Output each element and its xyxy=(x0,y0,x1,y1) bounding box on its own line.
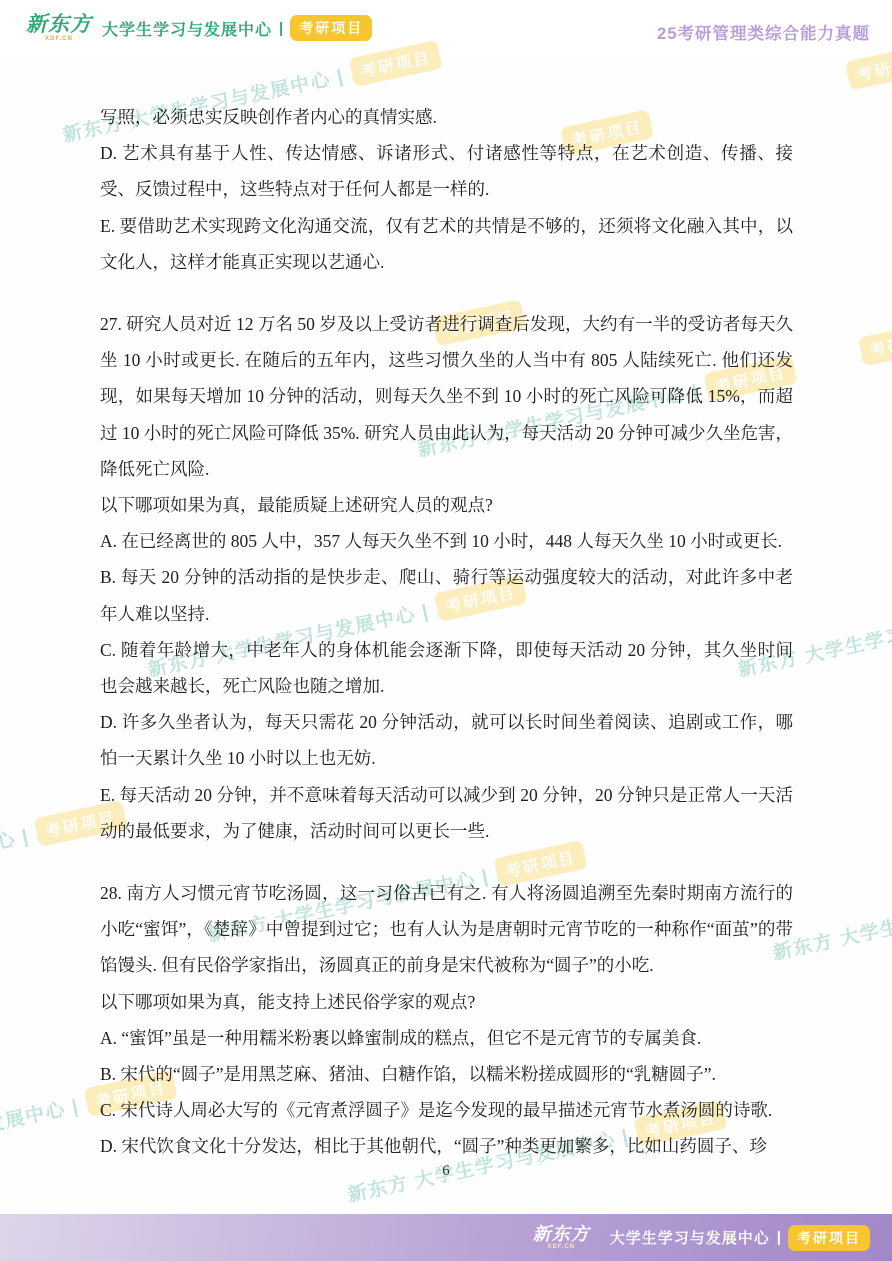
paragraph: A. 在已经离世的 805 人中，357 人每天久坐不到 10 小时，448 人… xyxy=(100,523,793,559)
brand-lockup: 新东方 XDF.CN 大学生学习与发展中心 | 考研项目 xyxy=(26,14,372,42)
paragraph: C. 宋代诗人周必大写的《元宵煮浮圆子》是迄今发现的最早描述元宵节水煮汤圆的诗歌… xyxy=(100,1092,793,1128)
question-block: 27. 研究人员对近 12 万名 50 岁及以上受访者进行调查后发现，大约有一半… xyxy=(100,306,793,849)
footer-xdf-logo: 新东方 XDF.CN xyxy=(533,1225,590,1250)
footer-brand-lockup: 新东方 XDF.CN 大学生学习与发展中心 | 考研项目 xyxy=(533,1214,870,1261)
paragraph: D. 艺术具有基于人性、传达情感、诉诸形式、付诸感性等特点，在艺术创造、传播、接… xyxy=(100,135,793,207)
xdf-logo-subtext: XDF.CN xyxy=(45,36,73,42)
kaoyan-project-badge: 考研项目 xyxy=(290,15,372,41)
paragraph: E. 每天活动 20 分钟，并不意味着每天活动可以减少到 20 分钟，20 分钟… xyxy=(100,777,793,849)
watermark-text: 新东方 大学生学习与发展中心 | xyxy=(0,826,31,906)
paragraph: 以下哪项如果为真，能支持上述民俗学家的观点? xyxy=(100,984,793,1020)
page-header: 新东方 XDF.CN 大学生学习与发展中心 | 考研项目 25考研管理类综合能力… xyxy=(0,0,892,58)
paragraph: A. “蜜饵”虽是一种用糯米粉裹以蜂蜜制成的糕点，但它不是元宵节的专属美食. xyxy=(100,1020,793,1056)
footer-kaoyan-project-badge: 考研项目 xyxy=(788,1225,870,1251)
document-body: 写照，必须忠实反映创作者内心的真情实感.D. 艺术具有基于人性、传达情感、诉诸形… xyxy=(100,99,793,1165)
footer-divider: | xyxy=(777,1229,781,1246)
paragraph: 27. 研究人员对近 12 万名 50 岁及以上受访者进行调查后发现，大约有一半… xyxy=(100,306,793,487)
header-center-text: 大学生学习与发展中心 xyxy=(102,17,272,40)
paragraph: E. 要借助艺术实现跨文化沟通交流，仅有艺术的共情是不够的，还须将文化融入其中，… xyxy=(100,208,793,280)
footer-xdf-logo-subtext: XDF.CN xyxy=(547,1244,575,1250)
paragraph: 写照，必须忠实反映创作者内心的真情实感. xyxy=(100,99,793,135)
paragraph: D. 宋代饮食文化十分发达，相比于其他朝代，“圆子”种类更加繁多，比如山药圆子、… xyxy=(100,1128,793,1164)
page-footer: 新东方 XDF.CN 大学生学习与发展中心 | 考研项目 xyxy=(0,1214,892,1261)
xdf-logo: 新东方 XDF.CN xyxy=(26,14,92,42)
question-block: 写照，必须忠实反映创作者内心的真情实感.D. 艺术具有基于人性、传达情感、诉诸形… xyxy=(100,99,793,280)
header-divider: | xyxy=(279,20,283,37)
paragraph: C. 随着年龄增大，中老年人的身体机能会逐渐下降，即使每天活动 20 分钟，其久… xyxy=(100,632,793,704)
footer-center-text: 大学生学习与发展中心 xyxy=(610,1227,770,1248)
watermark-badge: 考研项目 xyxy=(858,319,892,366)
xdf-logo-text: 新东方 xyxy=(26,14,92,35)
paragraph: D. 许多久坐者认为，每天只需花 20 分钟活动，就可以长时间坐着阅读、追剧或工… xyxy=(100,704,793,776)
document-title: 25考研管理类综合能力真题 xyxy=(657,20,870,44)
brand-watermark: 新东方 大学生学习与发展中心 |考研项目 xyxy=(858,319,892,366)
document-page: 新东方 XDF.CN 大学生学习与发展中心 | 考研项目 25考研管理类综合能力… xyxy=(0,0,892,1261)
page-number: 6 xyxy=(0,1163,892,1180)
question-block: 28. 南方人习惯元宵节吃汤圆，这一习俗古已有之. 有人将汤圆追溯至先秦时期南方… xyxy=(100,875,793,1165)
footer-xdf-logo-text: 新东方 xyxy=(533,1225,590,1243)
paragraph: B. 宋代的“圆子”是用黑芝麻、猪油、白糖作馅，以糯米粉搓成圆形的“乳糖圆子”. xyxy=(100,1056,793,1092)
paragraph: B. 每天 20 分钟的活动指的是快步走、爬山、骑行等运动强度较大的活动，对此许… xyxy=(100,559,793,631)
paragraph: 以下哪项如果为真，最能质疑上述研究人员的观点? xyxy=(100,487,793,523)
paragraph: 28. 南方人习惯元宵节吃汤圆，这一习俗古已有之. 有人将汤圆追溯至先秦时期南方… xyxy=(100,875,793,984)
